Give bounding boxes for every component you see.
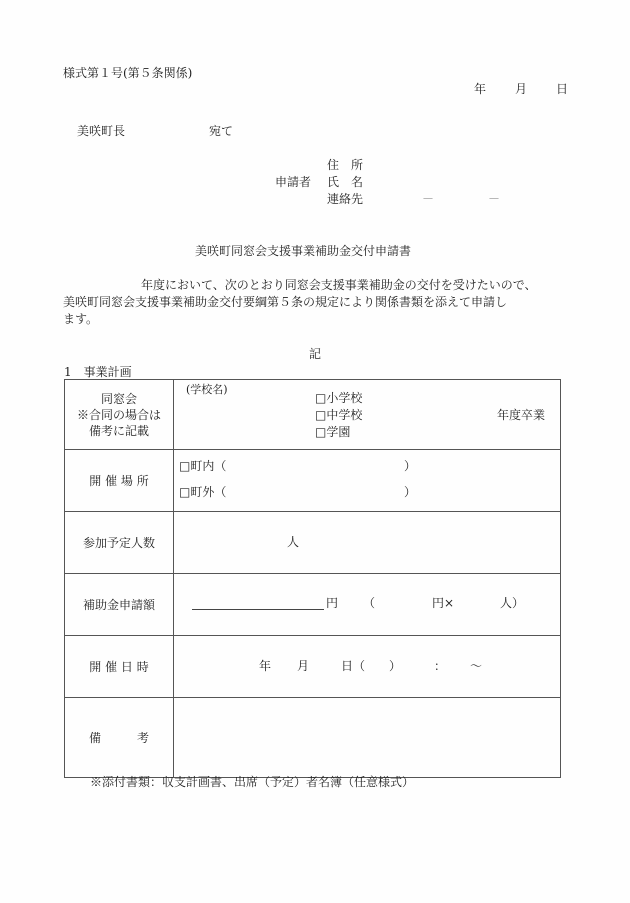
date-month-label: 月 — [515, 82, 527, 96]
form-number: 様式第１号(第５条関係) — [63, 66, 192, 80]
subsidy-yen-unit: 円 — [326, 596, 338, 610]
option-outside-town[interactable]: □町外（ — [179, 485, 226, 499]
date-day-label: 日 — [556, 82, 568, 96]
datetime-dow-close: ） — [389, 659, 401, 673]
name-label: 氏 名 — [327, 175, 363, 189]
contact-separator-2: － — [488, 192, 500, 206]
datetime-day: 日（ — [341, 659, 365, 673]
outside-town-close-paren: ） — [404, 485, 416, 499]
attachments-note: ※添付書類：収支計画書、出席（予定）者名簿（任意様式） — [90, 775, 414, 789]
applicant-label: 申請者 — [275, 175, 311, 189]
address-label: 住 所 — [327, 158, 363, 172]
addressee: 美咲町長 — [77, 124, 125, 138]
subsidy-yen-times: 円× — [432, 596, 454, 610]
body-line-1: 年度において、次のとおり同窓会支援事業補助金の交付を受けたいので、 — [141, 278, 537, 292]
participants-value-cell[interactable]: 人 — [174, 512, 561, 574]
section-heading: 1 事業計画 — [64, 365, 132, 379]
remarks-label: 備 考 — [65, 698, 174, 778]
row-subsidy: 補助金申請額 円 （ 円× 人） — [65, 574, 561, 636]
subsidy-amount-underline — [192, 597, 324, 610]
date-year-label: 年 — [474, 82, 486, 96]
inside-town-close-paren: ） — [404, 459, 416, 473]
document-title: 美咲町同窓会支援事業補助金交付申請書 — [195, 244, 411, 258]
subsidy-people-close: 人） — [500, 596, 524, 610]
option-inside-town[interactable]: □町内（ — [179, 459, 226, 473]
row-participants: 参加予定人数 人 — [65, 512, 561, 574]
subsidy-amount-field[interactable]: 円 — [192, 596, 338, 610]
alumni-value-cell[interactable]: (学校名) □小学校 □中学校 □学園 年度卒業 — [174, 380, 561, 450]
participants-unit: 人 — [287, 535, 299, 549]
business-plan-table: 同窓会 ※合同の場合は 備考に記載 (学校名) □小学校 □中学校 □学園 年度… — [64, 379, 561, 778]
row-venue: 開 催 場 所 □町内（ ） □町外（ ） — [65, 450, 561, 512]
contact-separator-1: － — [422, 192, 434, 206]
addressee-suffix: 宛て — [209, 124, 233, 138]
subsidy-label: 補助金申請額 — [65, 574, 174, 636]
alumni-label-line-3: 備考に記載 — [65, 423, 173, 439]
remarks-value-cell[interactable] — [174, 698, 561, 778]
graduation-year-label: 年度卒業 — [497, 408, 545, 422]
alumni-label-line-2: ※合同の場合は — [65, 407, 173, 423]
alumni-label-cell: 同窓会 ※合同の場合は 備考に記載 — [65, 380, 174, 450]
datetime-year: 年 — [259, 659, 271, 673]
option-gakuen[interactable]: □学園 — [315, 425, 350, 439]
school-name-label: (学校名) — [186, 383, 228, 397]
body-line-3: ます。 — [63, 312, 98, 326]
option-junior-high-school[interactable]: □中学校 — [315, 408, 362, 422]
body-line-2: 美咲町同窓会支援事業補助金交付要綱第５条の規定により関係書類を添えて申請し — [63, 295, 507, 309]
option-elementary-school[interactable]: □小学校 — [315, 391, 362, 405]
row-datetime: 開 催 日 時 年 月 日（ ） ： ～ — [65, 636, 561, 698]
contact-label: 連絡先 — [327, 192, 363, 206]
alumni-label-line-1: 同窓会 — [65, 391, 173, 407]
ki-heading: 記 — [309, 347, 321, 361]
datetime-month: 月 — [297, 659, 309, 673]
datetime-label: 開 催 日 時 — [65, 636, 174, 698]
venue-label: 開 催 場 所 — [65, 450, 174, 512]
subsidy-value-cell[interactable]: 円 （ 円× 人） — [174, 574, 561, 636]
row-alumni: 同窓会 ※合同の場合は 備考に記載 (学校名) □小学校 □中学校 □学園 年度… — [65, 380, 561, 450]
venue-value-cell: □町内（ ） □町外（ ） — [174, 450, 561, 512]
datetime-colon: ： — [434, 659, 446, 673]
subsidy-open-paren: （ — [363, 596, 375, 610]
datetime-value-cell[interactable]: 年 月 日（ ） ： ～ — [174, 636, 561, 698]
row-remarks: 備 考 — [65, 698, 561, 778]
datetime-tilde: ～ — [470, 659, 482, 673]
participants-label: 参加予定人数 — [65, 512, 174, 574]
